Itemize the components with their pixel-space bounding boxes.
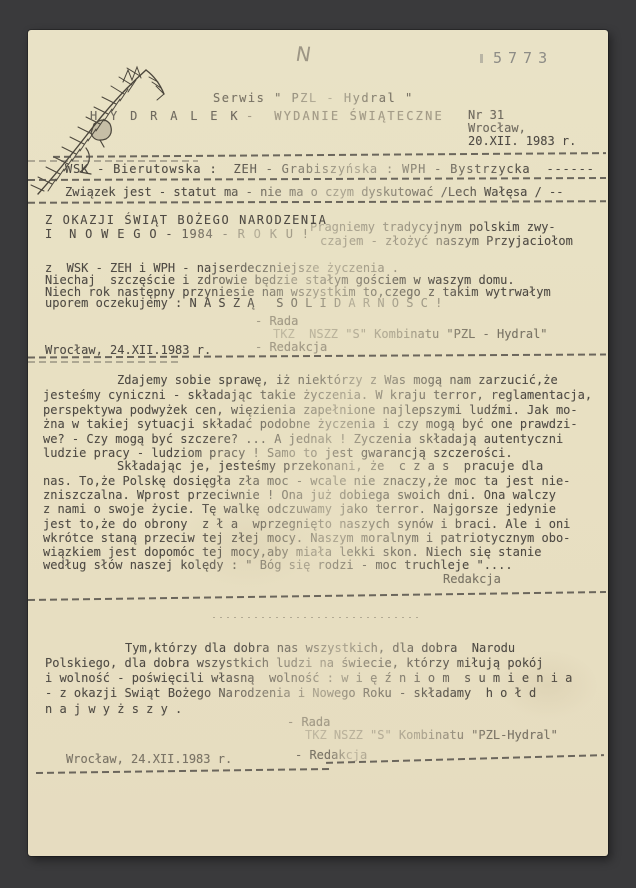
editorial-line: perspektywa podwyżek cen, więzienia zape… (43, 404, 578, 417)
motto-line: Związek jest - statut ma - nie ma o czym… (65, 186, 564, 199)
tribute-line: Tym,którzy dla dobra nas wszystkich, dla… (125, 642, 515, 655)
editorial-line: żna w takiej sytuacji składać podobne ży… (43, 418, 578, 431)
signature-rada: - Rada (255, 315, 298, 328)
editorial-line: z nami o swoje życie. Tę walkę odczuwamy… (43, 503, 556, 516)
scanned-bulletin-page: N 5773 Serwis " PZL - Hydral " H Y D R A… (28, 30, 608, 856)
greeting-line: uporem oczekujemy : N A S Z Ą S O L I D … (45, 297, 442, 310)
editorial-signature: Redakcja (443, 573, 501, 586)
dotted-rule (213, 617, 420, 618)
bulletin-title: H Y D R A L E K (90, 110, 240, 123)
editorial-line: ludzie pracy - ludziom pracy ! Samo to j… (43, 447, 513, 460)
dashed-rule (36, 768, 331, 774)
editorial-line: Zdajemy sobie sprawę, iż niektórzy z Was… (117, 374, 558, 387)
greeting-right-line: Pragniemy tradycyjnym polskim zwy- (310, 221, 556, 234)
tribute-line: Polskiego, dla dobra wszystkich ludzi na… (45, 657, 544, 670)
editorial-line: we? - Czy mogą być szczere? ... A jednak… (43, 433, 563, 446)
signature-rada: - Rada (287, 716, 330, 729)
editorial-line: jest to,że do obrony z ł a wprzegnięto n… (43, 518, 570, 531)
stamp-ink-mark (480, 54, 483, 63)
dashed-rule (28, 200, 606, 204)
greeting-heading-1: Z OKAZJI ŚWIĄT BOŻEGO NARODZENIA (45, 214, 327, 227)
plants-line: WSK - Bierutowska : ZEH - Grabiszyńska :… (65, 163, 595, 176)
dashed-rule (326, 754, 604, 764)
editorial-line: jesteśmy cyniczni - składając takie życz… (43, 389, 592, 402)
editorial-line: zniszczalna. Wprost przeciwnie ! Ona już… (43, 489, 556, 502)
greeting-right-line: czajem - złożyć naszym Przyjaciołom (320, 235, 573, 248)
tribute-line: - z okazji Świąt Bożego Narodzenia i Now… (45, 687, 536, 700)
header-date: 20.XII. 1983 r. (468, 135, 576, 148)
tribute-line: i wolność - poświęcili własną wolność : … (45, 672, 572, 685)
dashed-rule (28, 361, 178, 363)
bulletin-subtitle: - WYDANIE ŚWIĄTECZNE (246, 110, 444, 123)
editorial-line: według słów naszej kolędy : " Bóg się ro… (43, 559, 513, 572)
editorial-line: wiązkiem jest dopomóc tej mocy,aby miała… (43, 546, 542, 559)
tribute-line: n a j w y ż s z y . (45, 703, 182, 716)
dashed-rule (28, 591, 606, 601)
editorial-line: nas. To,że Polskę dosięgła zła moc - wca… (43, 475, 570, 488)
editorial-line: wkrótce staną przeciw tej złej mocy. Nas… (43, 532, 570, 545)
dashed-rule (28, 160, 198, 162)
photo-background: { "colors": { "background": "#3a3a3c", "… (0, 0, 636, 888)
handwritten-pencil-mark: N (294, 44, 312, 64)
greeting-heading-2: I N O W E G O - 1984 - R O K U ! (45, 228, 310, 241)
archive-stamp-number: 5773 (493, 50, 553, 66)
signature-redakcja: - Redakcja (255, 341, 327, 354)
editorial-line: Składając je, jesteśmy przekonani, że c … (117, 460, 543, 473)
dateline: Wrocław, 24.XII.1983 r. (66, 753, 232, 766)
service-line: Serwis " PZL - Hydral " (213, 92, 414, 105)
signature-organization: TKZ NSZZ "S" Kombinatu "PZL-Hydral" (305, 729, 558, 742)
